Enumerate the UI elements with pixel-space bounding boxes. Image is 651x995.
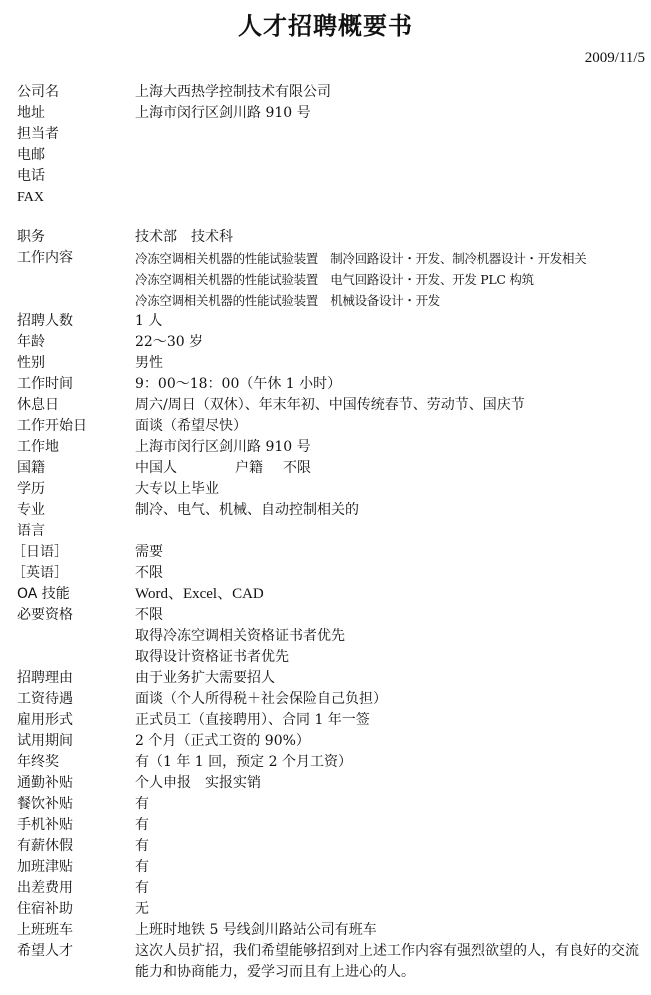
field-work-location: 工作地 上海市闵行区剑川路 910 号 — [0, 437, 651, 458]
field-age: 年龄 22～30 岁 — [0, 332, 651, 353]
field-label: ［日语］ — [12, 542, 68, 563]
field-english: ［英语］ 不限 — [0, 563, 651, 584]
field-year-end-bonus: 年终奖 有（1 年 1 回，预定 2 个月工资） — [0, 752, 651, 773]
field-label: 上班班车 — [17, 920, 73, 941]
field-value: 2 个月（正式工资的 90%） — [135, 731, 310, 752]
field-label: 有薪休假 — [17, 836, 73, 857]
field-value: 9：00～18：00（午休 1 小时） — [135, 374, 341, 395]
field-address: 地址 上海市闵行区剑川路 910 号 — [0, 103, 651, 124]
field-value: 大专以上毕业 — [135, 479, 219, 500]
field-commute-allowance: 通勤补贴 个人申报 实报实销 — [0, 773, 651, 794]
field-value: 面谈（个人所得税＋社会保险自己负担） — [135, 689, 387, 710]
field-value: 冷冻空调相关机器的性能试验装置 机械设备设计・开发 — [135, 290, 440, 311]
field-label: 雇用形式 — [17, 710, 73, 731]
field-label: OA 技能 — [17, 584, 70, 605]
field-phone-allowance: 手机补贴 有 — [0, 815, 651, 836]
field-label: 工作内容 — [17, 248, 73, 269]
field-label: 通勤补贴 — [17, 773, 73, 794]
field-value: 由于业务扩大需要招人 — [135, 668, 275, 689]
field-label: 年龄 — [17, 332, 45, 353]
field-value: 个人申报 实报实销 — [135, 773, 261, 794]
field-value: 上海市闵行区剑川路 910 号 — [135, 103, 311, 124]
field-fax: FAX — [0, 187, 651, 208]
household-value: 不限 — [283, 460, 311, 476]
field-probation: 试用期间 2 个月（正式工资的 90%） — [0, 731, 651, 752]
field-value-group: 中国人户籍不限 — [135, 458, 311, 479]
field-value: 上班时地铁 5 号线剑川路站公司有班车 — [135, 920, 377, 941]
field-value: 22～30 岁 — [135, 332, 203, 353]
field-label: 电邮 — [17, 145, 45, 166]
field-position: 职务 技术部 技术科 — [0, 227, 651, 248]
field-value: 无 — [135, 899, 149, 920]
field-label: 餐饮补贴 — [17, 794, 73, 815]
field-education: 学历 大专以上毕业 — [0, 479, 651, 500]
field-label: 性别 — [17, 353, 45, 374]
field-label: 必要资格 — [17, 605, 73, 626]
field-value: 需要 — [135, 542, 163, 563]
field-label: 工资待遇 — [17, 689, 73, 710]
field-company-name: 公司名 上海大西热学控制技术有限公司 — [0, 82, 651, 103]
field-travel-expenses: 出差费用 有 — [0, 878, 651, 899]
field-nationality: 国籍 中国人户籍不限 — [0, 458, 651, 479]
field-value: 不限 — [135, 563, 163, 584]
household-label: 户籍 — [235, 460, 263, 476]
field-label: 专业 — [17, 500, 45, 521]
field-major: 专业 制冷、电气、机械、自动控制相关的 — [0, 500, 651, 521]
field-label: 试用期间 — [17, 731, 73, 752]
field-label: 加班津贴 — [17, 857, 73, 878]
field-value: 有 — [135, 815, 149, 836]
field-value: 周六/周日（双休）、年末年初、中国传统春节、劳动节、国庆节 — [135, 395, 525, 416]
field-label: 地址 — [17, 103, 45, 124]
field-label: 出差费用 — [17, 878, 73, 899]
nationality-value: 中国人 — [135, 460, 177, 476]
field-value: 上海大西热学控制技术有限公司 — [135, 82, 331, 103]
field-label: 工作开始日 — [17, 416, 87, 437]
field-value: 有 — [135, 794, 149, 815]
field-value: 不限 — [135, 605, 163, 626]
recruitment-fields: 公司名 上海大西热学控制技术有限公司 地址 上海市闵行区剑川路 910 号 担当… — [0, 82, 651, 983]
field-value: 上海市闵行区剑川路 910 号 — [135, 437, 311, 458]
field-value: 这次人员扩招，我们希望能够招到对上述工作内容有强烈欲望的人，有良好的交流能力和协… — [135, 941, 640, 983]
field-label: ［英语］ — [12, 563, 68, 584]
field-value: 面谈（希望尽快） — [135, 416, 247, 437]
field-label: 手机补贴 — [17, 815, 73, 836]
field-paid-leave: 有薪休假 有 — [0, 836, 651, 857]
field-label: 国籍 — [17, 458, 45, 479]
field-label: 工作时间 — [17, 374, 73, 395]
field-japanese: ［日语］ 需要 — [0, 542, 651, 563]
field-label: 电话 — [17, 166, 45, 187]
field-value: 有 — [135, 857, 149, 878]
field-value: 1 人 — [135, 311, 162, 332]
document-title: 人才招聘概要书 — [0, 6, 651, 41]
field-overtime-allowance: 加班津贴 有 — [0, 857, 651, 878]
field-label: 招聘人数 — [17, 311, 73, 332]
field-meal-allowance: 餐饮补贴 有 — [0, 794, 651, 815]
field-value: 有 — [135, 836, 149, 857]
field-value: 正式员工（直接聘用）、合同 1 年一签 — [135, 710, 370, 731]
field-value: Word、Excel、CAD — [135, 584, 264, 605]
field-housing-allowance: 住宿补助 无 — [0, 899, 651, 920]
field-holidays: 休息日 周六/周日（双休）、年末年初、中国传统春节、劳动节、国庆节 — [0, 395, 651, 416]
section-divider — [0, 208, 651, 227]
field-working-hours: 工作时间 9：00～18：00（午休 1 小时） — [0, 374, 651, 395]
field-work-content-line-3: 冷冻空调相关机器的性能试验装置 机械设备设计・开发 — [0, 290, 651, 311]
field-label: FAX — [17, 187, 44, 208]
field-value: 取得设计资格证书者优先 — [135, 647, 289, 668]
field-language: 语言 — [0, 521, 651, 542]
field-value: 冷冻空调相关机器的性能试验装置 电气回路设计・开发、开发 PLC 构筑 — [135, 269, 534, 290]
field-label: 职务 — [17, 227, 45, 248]
field-qualifications: 必要资格 不限 — [0, 605, 651, 626]
field-desired-talent: 希望人才 这次人员扩招，我们希望能够招到对上述工作内容有强烈欲望的人，有良好的交… — [0, 941, 651, 983]
field-label: 工作地 — [17, 437, 59, 458]
field-employment-type: 雇用形式 正式员工（直接聘用）、合同 1 年一签 — [0, 710, 651, 731]
field-value: 制冷、电气、机械、自动控制相关的 — [135, 500, 359, 521]
field-salary: 工资待遇 面谈（个人所得税＋社会保险自己负担） — [0, 689, 651, 710]
field-value: 取得冷冻空调相关资格证书者优先 — [135, 626, 345, 647]
field-label: 学历 — [17, 479, 45, 500]
field-value: 男性 — [135, 353, 163, 374]
document-date: 2009/11/5 — [585, 50, 645, 67]
field-value: 技术部 技术科 — [135, 227, 233, 248]
field-email: 电邮 — [0, 145, 651, 166]
field-label: 语言 — [17, 521, 45, 542]
field-work-content-line-2: 冷冻空调相关机器的性能试验装置 电气回路设计・开发、开发 PLC 构筑 — [0, 269, 651, 290]
field-phone: 电话 — [0, 166, 651, 187]
field-label: 住宿补助 — [17, 899, 73, 920]
field-contact-person: 担当者 — [0, 124, 651, 145]
field-oa-skills: OA 技能 Word、Excel、CAD — [0, 584, 651, 605]
field-qualifications-line-2: 取得冷冻空调相关资格证书者优先 — [0, 626, 651, 647]
field-label: 公司名 — [17, 82, 59, 103]
field-label: 担当者 — [17, 124, 59, 145]
field-gender: 性别 男性 — [0, 353, 651, 374]
field-value: 有（1 年 1 回，预定 2 个月工资） — [135, 752, 352, 773]
field-label: 休息日 — [17, 395, 59, 416]
field-label: 希望人才 — [17, 941, 73, 962]
field-value: 冷冻空调相关机器的性能试验装置 制冷回路设计・开发、制冷机器设计・开发相关 — [135, 248, 586, 269]
field-headcount: 招聘人数 1 人 — [0, 311, 651, 332]
field-label: 年终奖 — [17, 752, 59, 773]
field-start-date: 工作开始日 面谈（希望尽快） — [0, 416, 651, 437]
field-recruit-reason: 招聘理由 由于业务扩大需要招人 — [0, 668, 651, 689]
field-work-content: 工作内容 冷冻空调相关机器的性能试验装置 制冷回路设计・开发、制冷机器设计・开发… — [0, 248, 651, 269]
field-value: 有 — [135, 878, 149, 899]
field-label: 招聘理由 — [17, 668, 73, 689]
field-shuttle-bus: 上班班车 上班时地铁 5 号线剑川路站公司有班车 — [0, 920, 651, 941]
field-qualifications-line-3: 取得设计资格证书者优先 — [0, 647, 651, 668]
